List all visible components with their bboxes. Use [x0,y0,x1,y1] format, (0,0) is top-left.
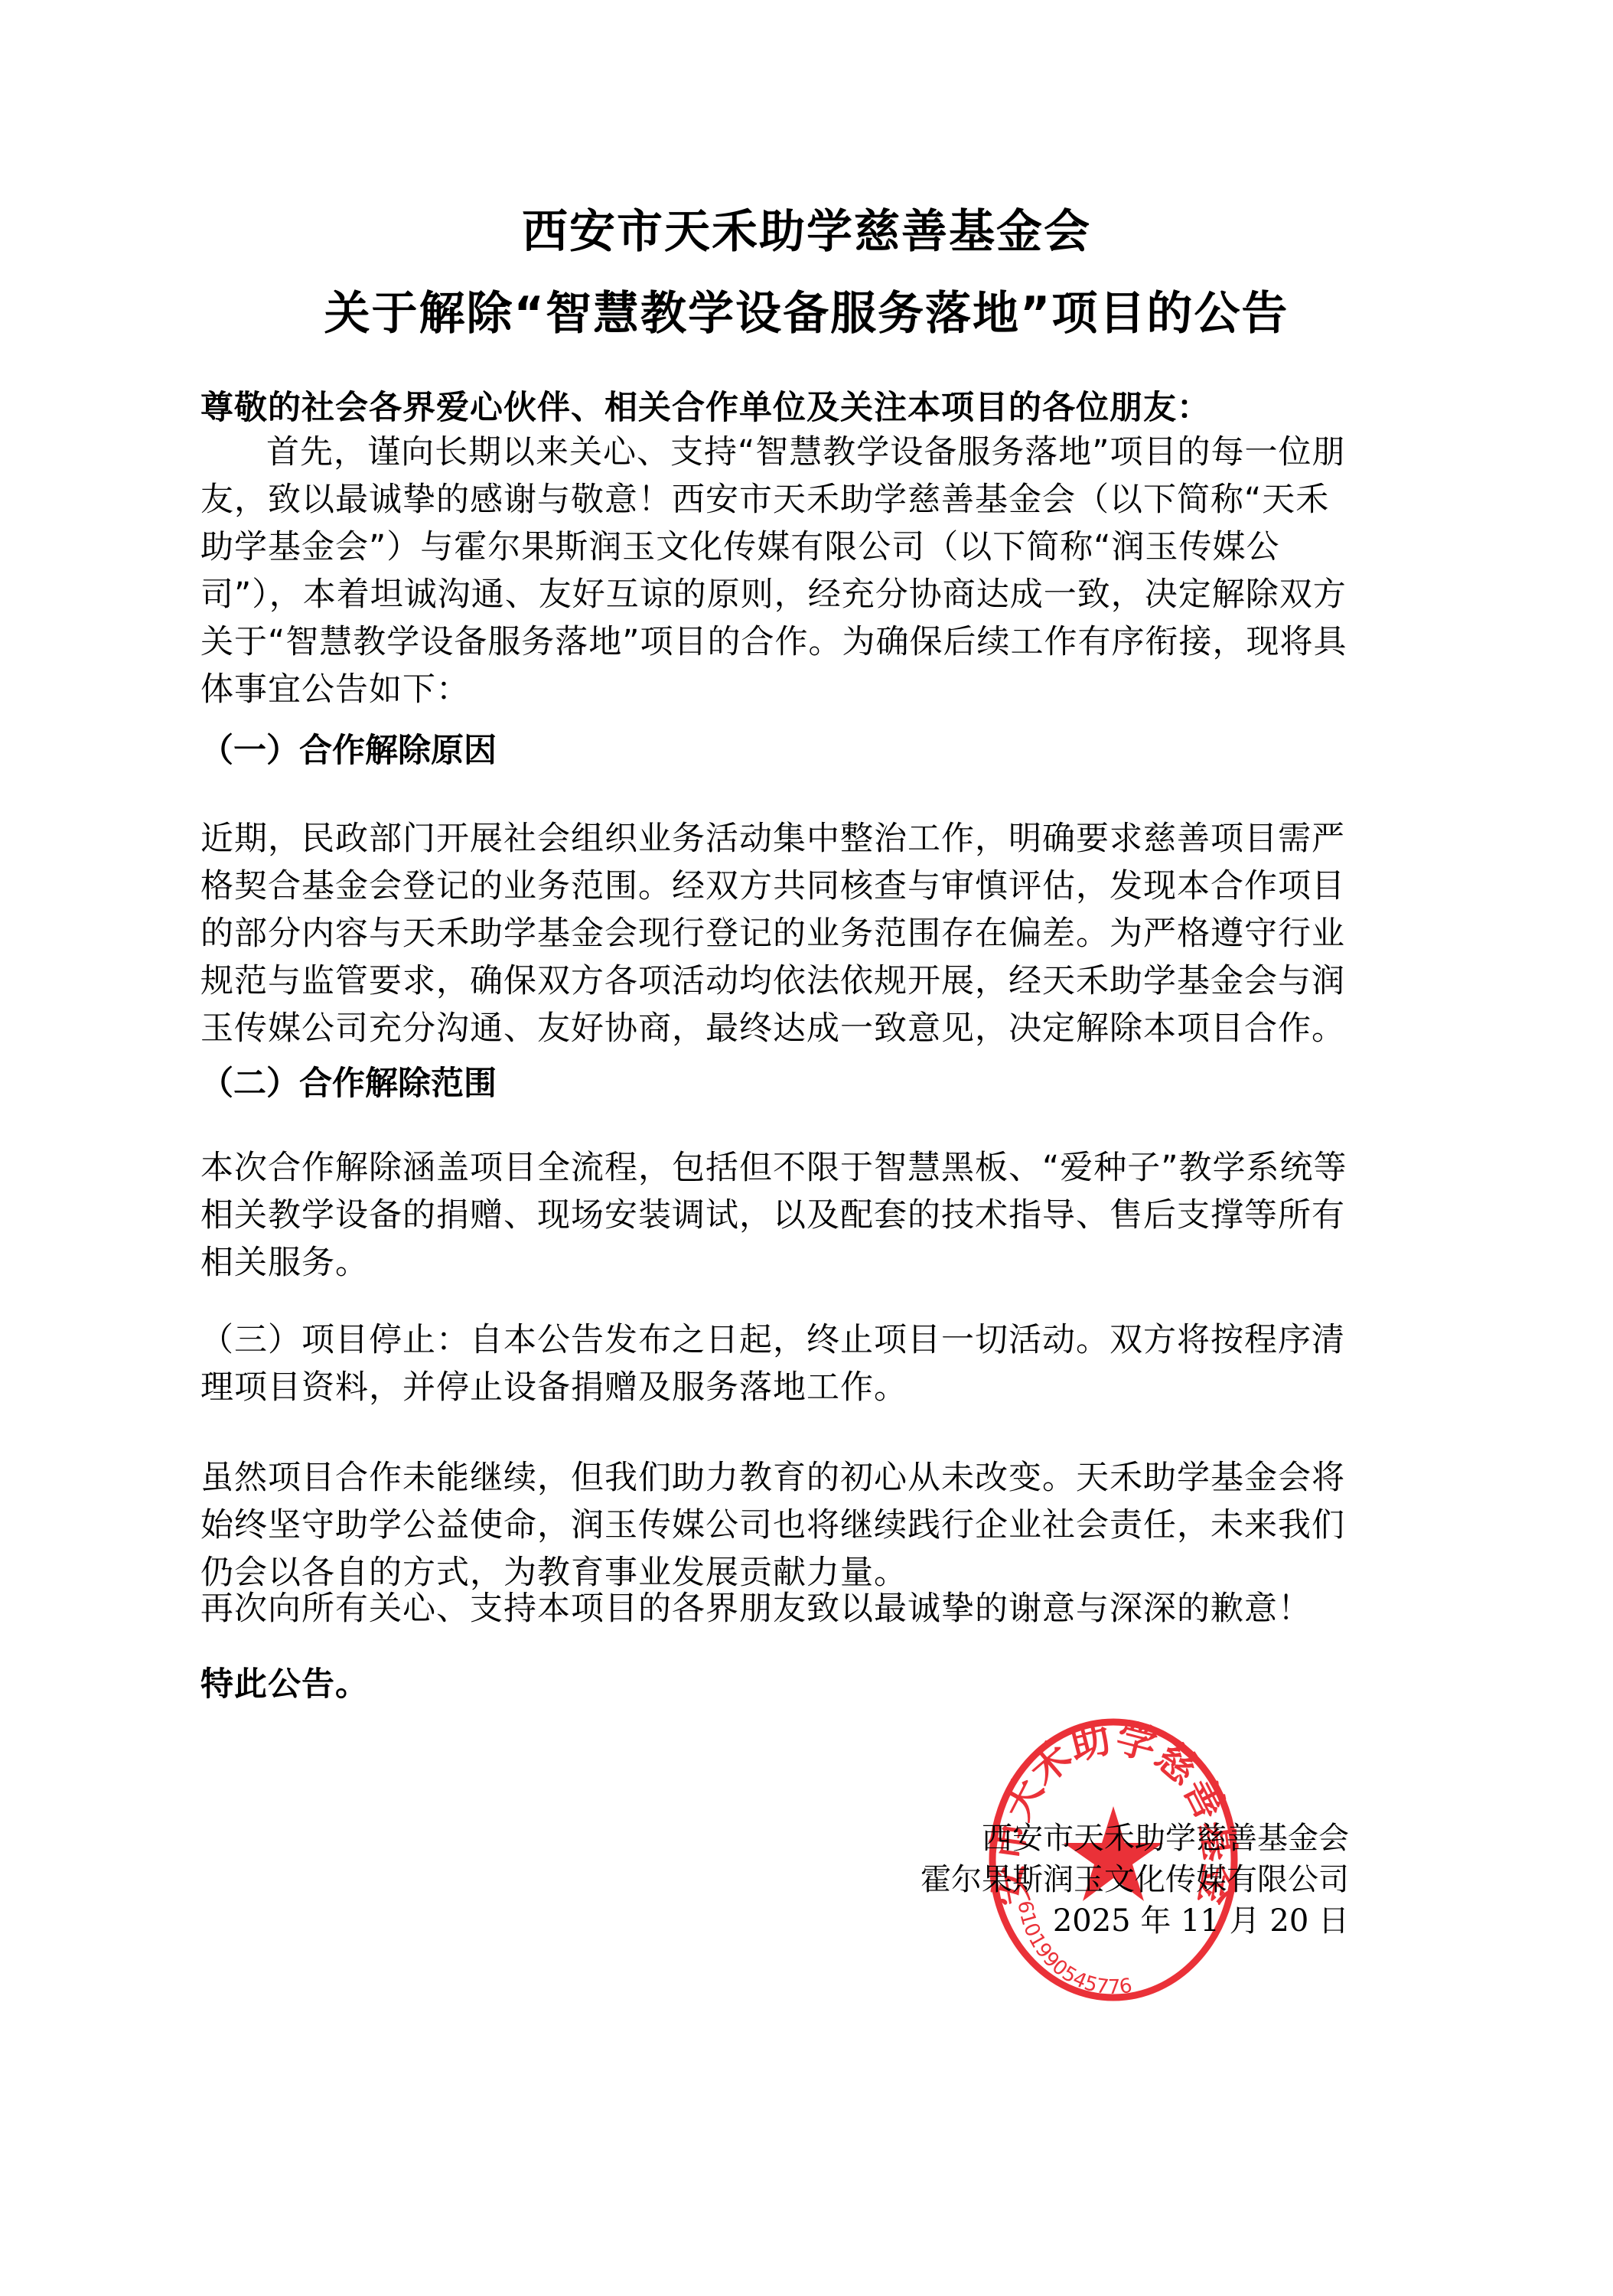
section-stop-paragraph: （三）项目停止：自本公告发布之日起，终止项目一切活动。双方将按程序清理项目资料，… [200,1316,1348,1411]
thanks-text: 再次向所有关心、支持本项目的各界朋友致以最诚挚的谢意与深深的歉意！ [200,1585,1348,1632]
section-scope-paragraph: 本次合作解除涵盖项目全流程，包括但不限于智慧黑板、“爱种子”教学系统等相关教学设… [200,1144,1348,1287]
commitment-text: 虽然项目合作未能继续，但我们助力教育的初心从未改变。天禾助学基金会将始终坚守助学… [200,1454,1348,1596]
intro-paragraph: 首先，谨向长期以来关心、支持“智慧教学设备服务落地”项目的每一位朋友，致以最诚挚… [200,429,1348,713]
thanks-paragraph: 再次向所有关心、支持本项目的各界朋友致以最诚挚的谢意与深深的歉意！ [200,1585,1348,1632]
section-reason-text: 近期，民政部门开展社会组织业务活动集中整治工作，明确要求慈善项目需严格契合基金会… [200,815,1348,1052]
closing-line: 特此公告。 [200,1661,1348,1708]
announcement-page: 西安市天禾助学慈善基金会 关于解除“智慧教学设备服务落地”项目的公告 尊敬的社会… [0,0,1613,2296]
star-icon [1064,1806,1163,1901]
official-seal: 西安市天禾助学慈善基金会 6101990545776 [987,1714,1240,2005]
section-heading-scope: （二）合作解除范围 [200,1060,497,1107]
section-heading-reason: （一）合作解除原因 [200,727,497,775]
section-scope-text: 本次合作解除涵盖项目全流程，包括但不限于智慧黑板、“爱种子”教学系统等相关教学设… [200,1144,1348,1287]
intro-text: 首先，谨向长期以来关心、支持“智慧教学设备服务落地”项目的每一位朋友，致以最诚挚… [200,429,1348,713]
document-title-line2: 关于解除“智慧教学设备服务落地”项目的公告 [0,287,1613,341]
section-reason-paragraph: 近期，民政部门开展社会组织业务活动集中整治工作，明确要求慈善项目需严格契合基金会… [200,815,1348,1052]
commitment-paragraph: 虽然项目合作未能继续，但我们助力教育的初心从未改变。天禾助学基金会将始终坚守助学… [200,1454,1348,1596]
document-title-line1: 西安市天禾助学慈善基金会 [0,205,1613,259]
salutation: 尊敬的社会各界爱心伙伴、相关合作单位及关注本项目的各位朋友： [200,384,1348,432]
seal-code: 6101990545776 [1013,1899,1134,1999]
section-stop-text: （三）项目停止：自本公告发布之日起，终止项目一切活动。双方将按程序清理项目资料，… [200,1316,1348,1411]
svg-text:6101990545776: 6101990545776 [1013,1899,1134,1999]
